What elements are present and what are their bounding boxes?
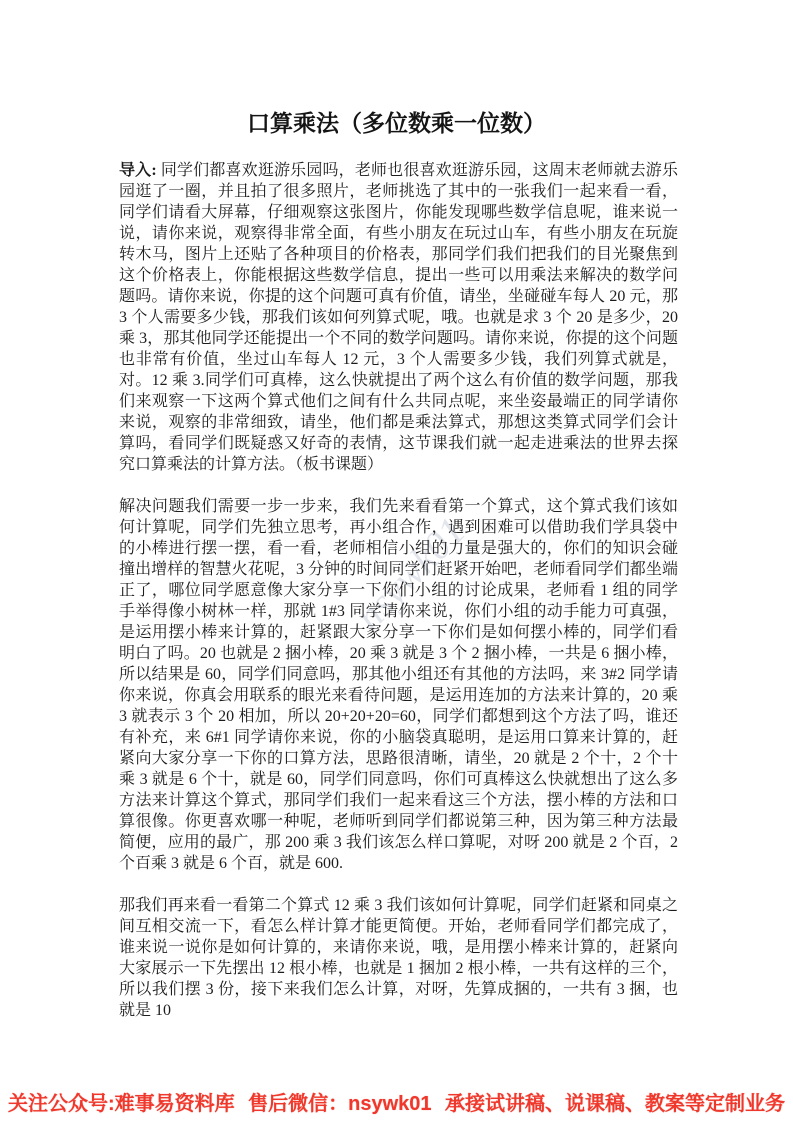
footer-wechat-contact-text: 售后微信：nsywk01 — [248, 1091, 431, 1117]
paragraph-first-expression-text: 解决问题我们需要一步一步来，我们先来看看第一个算式，这个算式我们该如何计算呢，同… — [119, 498, 678, 872]
paragraph-second-expression: 那我们再来看一看第二个算式 12 乘 3 我们该如何计算呢，同学们赶紧和同桌之间… — [119, 895, 678, 1021]
paragraph-first-expression: 解决问题我们需要一步一步来，我们先来看看第一个算式，这个算式我们该如何计算呢，同… — [119, 496, 678, 874]
footer-official-account-text: 关注公众号:难事易资料库 — [8, 1091, 235, 1117]
paragraph-intro: 导入: 同学们都喜欢逛游乐园吗，老师也很喜欢逛游乐园，这周末老师就去游乐园逛了一… — [119, 160, 678, 475]
paragraph-intro-lead: 导入: — [119, 162, 161, 179]
document-page: nsywk01 口算乘法（多位数乘一位数） 导入: 同学们都喜欢逛游乐园吗，老师… — [0, 0, 793, 1122]
paragraph-second-expression-text: 那我们再来看一看第二个算式 12 乘 3 我们该如何计算呢，同学们赶紧和同桌之间… — [119, 897, 678, 1019]
footer-promo-banner: 关注公众号:难事易资料库 售后微信：nsywk01 承接试讲稿、说课稿、教案等定… — [0, 1091, 793, 1117]
footer-services-text: 承接试讲稿、说课稿、教案等定制业务 — [445, 1091, 785, 1117]
paragraph-intro-text: 同学们都喜欢逛游乐园吗，老师也很喜欢逛游乐园，这周末老师就去游乐园逛了一圈，并且… — [119, 162, 678, 473]
document-body: 导入: 同学们都喜欢逛游乐园吗，老师也很喜欢逛游乐园，这周末老师就去游乐园逛了一… — [119, 160, 678, 1042]
document-title: 口算乘法（多位数乘一位数） — [0, 108, 793, 140]
